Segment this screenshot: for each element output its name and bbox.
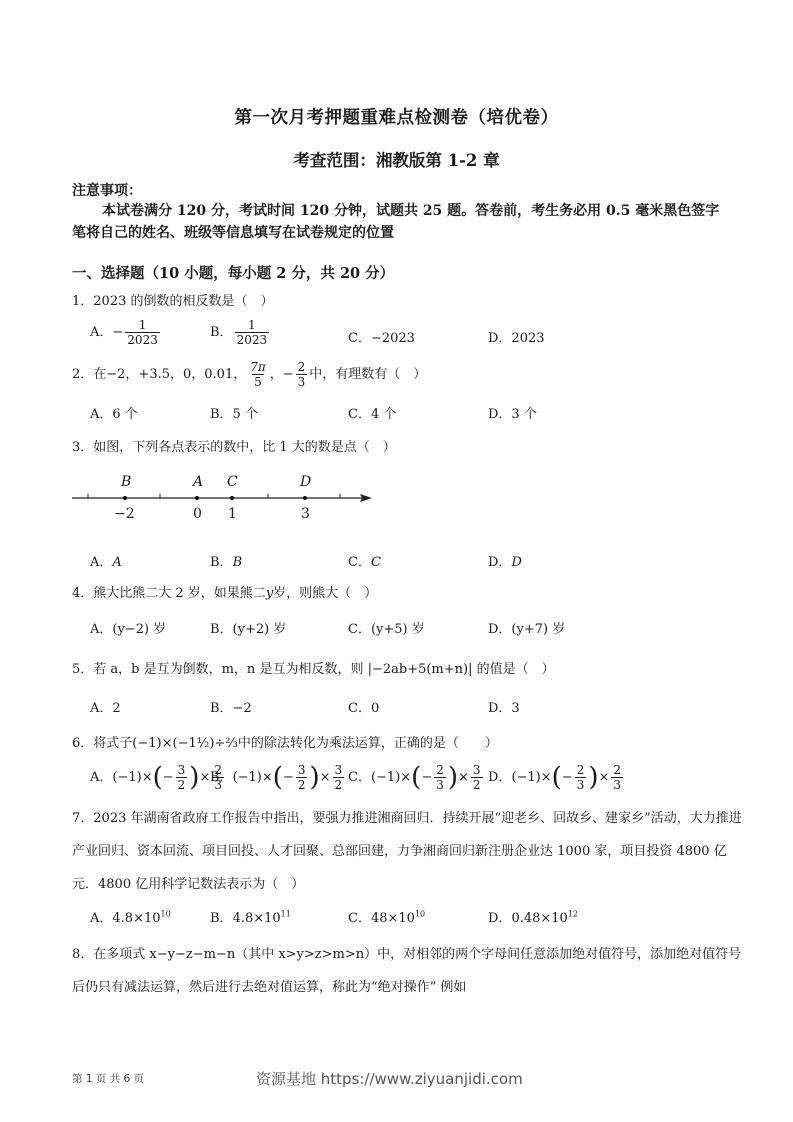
point-label-b: B [121, 474, 131, 490]
option-label: C． [348, 911, 371, 926]
denominator: 2 [333, 777, 345, 792]
question-1-stem: 1．2023 的倒数的相反数是（ ） [72, 290, 274, 309]
denominator: 3 [575, 777, 587, 792]
exponent: 12 [568, 910, 578, 919]
q6-option-d: D．(−1)×(−23)×23 [488, 763, 625, 792]
denominator: 3 [434, 777, 446, 792]
q7-option-b: B．4.8×1011 [210, 907, 291, 926]
q3-option-d: D．D [488, 551, 522, 570]
question-6-stem: 6．将式子(−1)×(−1½)÷⅔中的除法转化为乘法运算，正确的是（ ） [72, 732, 498, 751]
q3-option-c: C．C [348, 551, 381, 570]
q6-option-c: C．(−1)×(−23)×32 [348, 763, 485, 792]
page-number: 第 1 页 共 6 页 [72, 1071, 144, 1086]
fraction: 23 [575, 763, 587, 792]
stem-text: 岁，则熊大（ ） [273, 586, 377, 601]
denominator: 2023 [235, 332, 270, 347]
stem-text: 4．熊大比熊二大 2 岁，如果熊二 [72, 586, 266, 601]
fraction: 23 [296, 360, 308, 389]
question-5-stem: 5．若 a，b 是互为倒数，m，n 是互为相反数，则 |−2ab+5(m+n)|… [72, 658, 555, 677]
page-title: 第一次月考押题重难点检测卷（培优卷） [0, 104, 793, 129]
q5-option-a: A．2 [90, 697, 121, 716]
stem-text: 6．将式子 [72, 736, 132, 751]
question-8-stem: 8．在多项式 x−y−z−m−n（其中 x>y>z>m>n）中，对相邻的两个字母… [72, 938, 752, 1004]
fraction: 32 [296, 763, 308, 792]
notice-body: 本试卷满分 120 分，考试时间 120 分钟，试题共 25 题。答卷前，考生务… [72, 200, 732, 244]
point-label-d: D [300, 474, 311, 490]
exponent: 10 [415, 910, 425, 919]
option-base: 48×10 [371, 911, 415, 926]
denominator: 3 [296, 374, 308, 389]
option-label: D． [488, 770, 511, 785]
option-label: A． [90, 770, 112, 785]
denominator: 2 [176, 777, 188, 792]
tick-value-0: 0 [193, 506, 202, 522]
option-value: B [233, 555, 243, 570]
option-base: 4.8×10 [233, 911, 281, 926]
q5-option-b: B．−2 [210, 697, 252, 716]
q1-option-b: B．12023 [210, 318, 271, 347]
q2-option-a: A．6 个 [90, 403, 138, 422]
stem-text: 中的除法转化为乘法运算，正确的是（ ） [238, 736, 498, 751]
tick-value-3: 3 [301, 506, 310, 522]
q2-option-d: D．3 个 [488, 403, 537, 422]
fraction: 7π5 [248, 360, 268, 389]
question-2-stem: 2．在−2，+3.5，0，0.01，7π5，−23中，有理数有（ ） [72, 360, 426, 389]
exponent: 10 [161, 910, 171, 919]
denominator: 2023 [125, 332, 160, 347]
option-label: A． [90, 325, 112, 340]
fraction: 32 [333, 763, 345, 792]
denominator: 3 [611, 777, 623, 792]
option-label: D． [488, 555, 511, 570]
numerator: 7π [248, 360, 268, 374]
numerator: 2 [611, 763, 623, 777]
minus-sign: − [112, 325, 123, 340]
numerator: 2 [434, 763, 446, 777]
option-value: A [112, 555, 121, 570]
section-heading: 一、选择题（10 小题，每小题 2 分，共 20 分） [72, 262, 394, 283]
q4-option-b: B．(y+2) 岁 [210, 618, 286, 637]
fraction: 32 [471, 763, 483, 792]
stem-text: 2．在−2，+3.5，0，0.01， [72, 367, 246, 382]
watermark: 资源基地 https://www.ziyuanjidi.com [256, 1068, 523, 1089]
q1-option-c: C．−2023 [348, 327, 415, 346]
option-base: 4.8×10 [112, 911, 160, 926]
numerator: 3 [176, 763, 188, 777]
denominator: 2 [296, 777, 308, 792]
q4-option-d: D．(y+7) 岁 [488, 618, 565, 637]
option-label: C． [348, 555, 371, 570]
denominator: 2 [471, 777, 483, 792]
q3-option-b: B．B [210, 551, 242, 570]
q6-option-a: A．(−1)×(−32)×23 [90, 763, 226, 792]
option-label: B． [210, 325, 233, 340]
numerator: 3 [296, 763, 308, 777]
tick-value-neg2: −2 [114, 506, 135, 522]
point-label-c: C [227, 474, 238, 490]
numerator: 2 [296, 360, 308, 374]
page-subtitle: 考查范围：湘教版第 1-2 章 [0, 147, 793, 171]
fraction: 23 [434, 763, 446, 792]
option-label: B． [210, 770, 233, 785]
q2-option-c: C．4 个 [348, 403, 396, 422]
fraction: 23 [611, 763, 623, 792]
option-label: A． [90, 911, 112, 926]
q6-option-b: B．(−1)×(−32)×32 [210, 763, 346, 792]
fraction: 32 [176, 763, 188, 792]
option-base: 0.48×10 [511, 911, 567, 926]
numerator: 3 [471, 763, 483, 777]
separator: ，− [270, 367, 294, 382]
option-value: C [371, 555, 381, 570]
question-7-stem: 7．2023 年湖南省政府工作报告中指出，要强力推进湘商回归．持续开展“迎老乡、… [72, 802, 752, 901]
denominator: 5 [252, 374, 264, 389]
q7-option-c: C．48×1010 [348, 907, 425, 926]
numerator: 1 [137, 318, 149, 332]
option-value: D [511, 555, 521, 570]
numerator: 2 [575, 763, 587, 777]
q7-option-d: D．0.48×1012 [488, 907, 578, 926]
q5-option-d: D．3 [488, 697, 520, 716]
q1-option-a: A．−12023 [90, 318, 162, 347]
q7-option-a: A．4.8×1010 [90, 907, 171, 926]
numerator: 1 [246, 318, 258, 332]
point-label-a: A [193, 474, 203, 490]
question-4-stem: 4．熊大比熊二大 2 岁，如果熊二y岁，则熊大（ ） [72, 582, 377, 601]
tick-value-1: 1 [228, 506, 237, 522]
q4-option-c: C．(y+5) 岁 [348, 618, 425, 637]
q4-option-a: A．(y−2) 岁 [90, 618, 166, 637]
number-line-figure: B A C D −2 0 1 3 [70, 470, 380, 534]
question-3-stem: 3．如图，下列各点表示的数中，比 1 大的数是点（ ） [72, 436, 396, 455]
option-label: B． [210, 911, 233, 926]
q3-option-a: A．A [90, 551, 122, 570]
math-expression: (−1)×(−1½)÷⅔ [132, 736, 238, 751]
exponent: 11 [281, 910, 291, 919]
fraction: 12023 [125, 318, 160, 347]
q5-option-c: C．0 [348, 697, 379, 716]
option-label: C． [348, 770, 371, 785]
fraction: 12023 [235, 318, 270, 347]
option-label: D． [488, 911, 511, 926]
numerator: 3 [333, 763, 345, 777]
q1-option-d: D．2023 [488, 327, 545, 346]
q2-option-b: B．5 个 [210, 403, 258, 422]
notice-heading: 注意事项： [72, 180, 142, 200]
option-label: A． [90, 555, 112, 570]
option-label: B． [210, 555, 233, 570]
stem-text: 中，有理数有（ ） [309, 367, 426, 382]
